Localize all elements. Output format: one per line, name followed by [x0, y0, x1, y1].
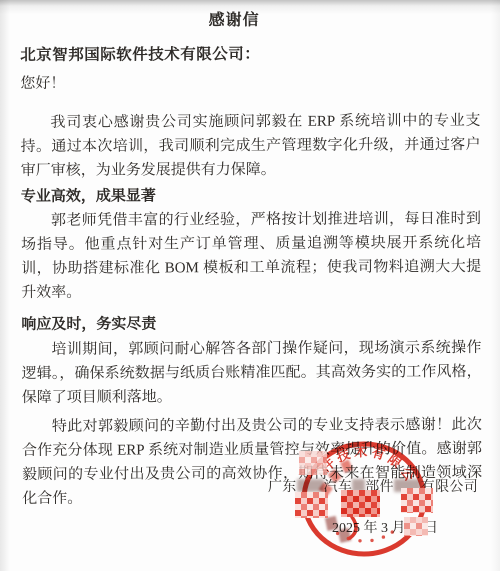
redaction-mosaic: [401, 488, 433, 513]
greeting-line: 您好！: [20, 72, 480, 95]
section-paragraph-1: 郭老师凭借丰富的行业经验，严格按计划推进培训，每日准时到场指导。他重点针对生产订…: [21, 207, 481, 305]
letter-page: 感谢信 北京智邦国际软件技术有限公司： 您好！ 我司衷心感谢贵公司实施顾问郭毅在…: [0, 0, 500, 571]
section-heading-2: 响应及时，务实尽责: [21, 314, 481, 335]
section-heading-1: 专业高效，成果显著: [21, 186, 481, 207]
recipient-line: 北京智邦国际软件技术有限公司：: [20, 43, 480, 66]
section-paragraph-2: 培训期间，郭顾问耐心解答各部门操作疑问，现场演示系统操作逻辑。，确保系统数据与纸…: [21, 336, 481, 410]
letter-title: 感谢信: [4, 9, 464, 33]
redaction-mosaic: [299, 451, 327, 475]
redaction-mosaic: [341, 490, 380, 517]
letter-body: 感谢信 北京智邦国际软件技术有限公司： 您好！ 我司衷心感谢贵公司实施顾问郭毅在…: [0, 0, 500, 511]
seal-hook-stroke: [350, 517, 356, 538]
redaction-mosaic: [295, 492, 328, 518]
company-segment: 广东: [268, 480, 297, 495]
intro-paragraph: 我司衷心感谢贵公司实施顾问郭毅在 ERP 系统培训中的专业支持。通过本次培训，我…: [20, 109, 480, 183]
redaction-mosaic: [404, 517, 428, 536]
